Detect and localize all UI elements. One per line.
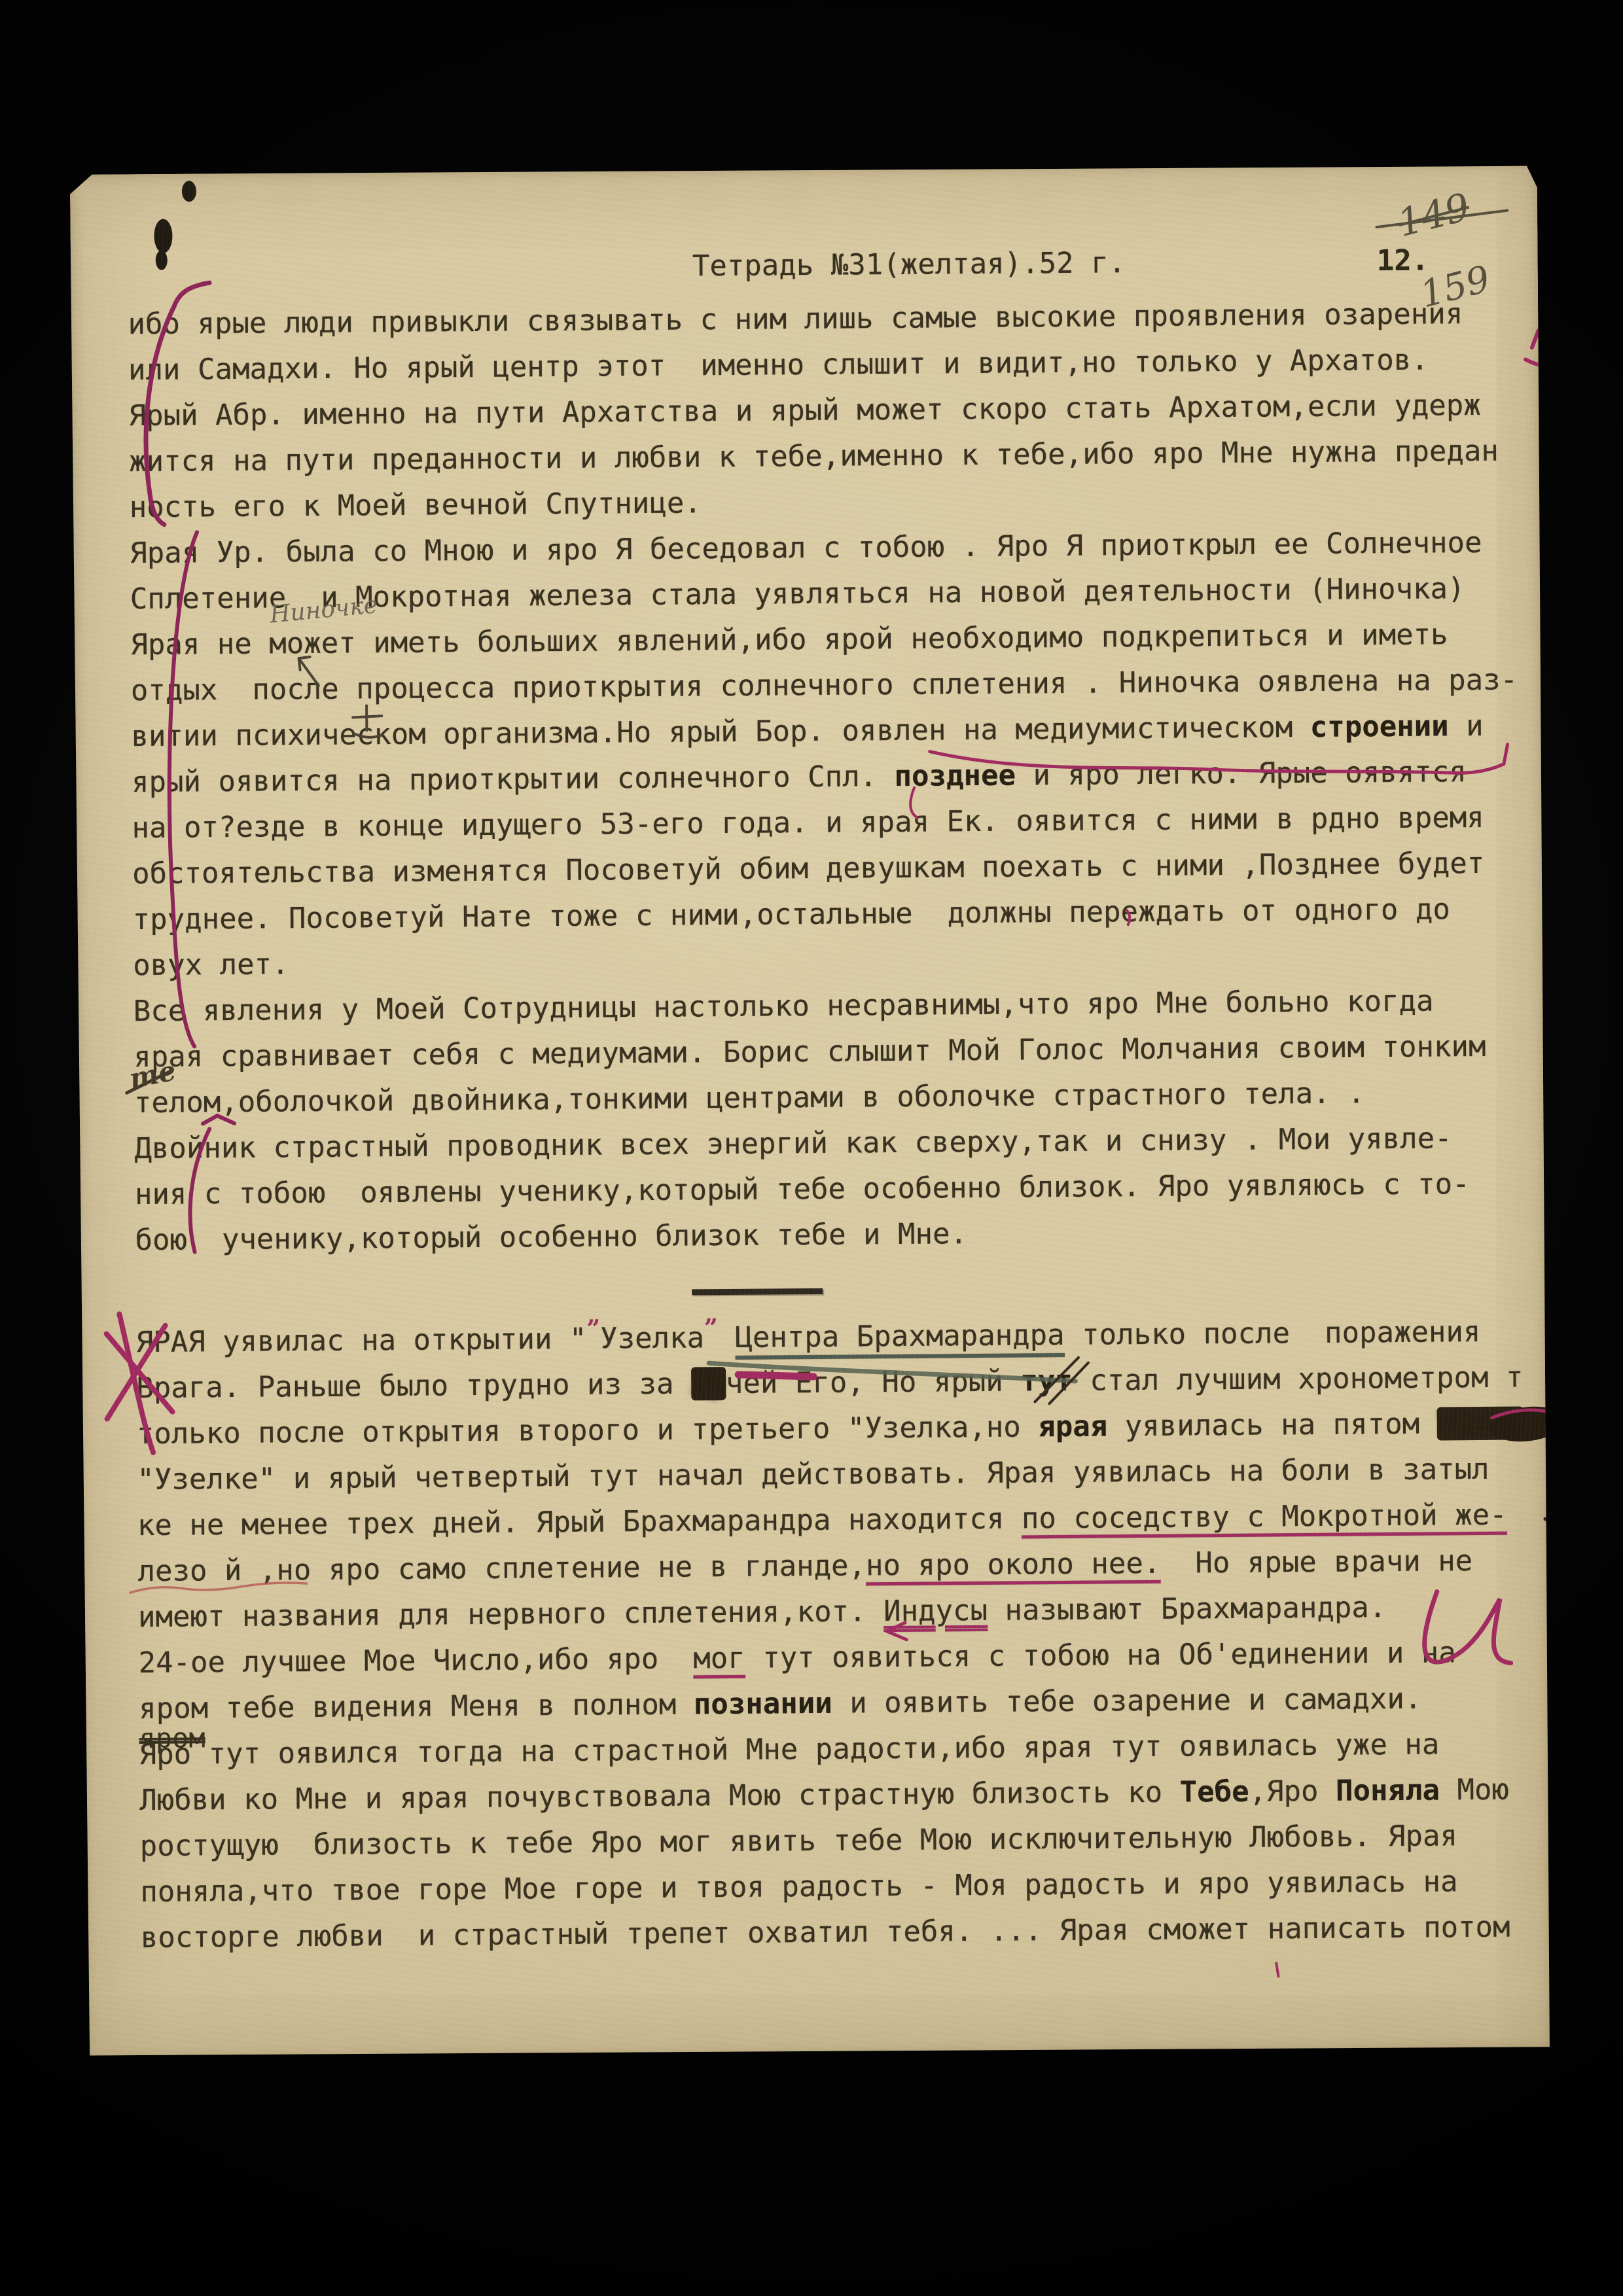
- typed-segment: овух лет.: [133, 947, 289, 982]
- typed-segment: лезо й ,но яро само сплетение не в гланд…: [137, 1549, 866, 1588]
- typed-segment: тут оявиться с тобою на Об'единении и на: [745, 1636, 1456, 1675]
- typed-segment: ”: [586, 1306, 600, 1352]
- typed-body: ибо ярые люди привыкли связывать с ним л…: [128, 291, 1554, 1961]
- typed-segment: ЯРАЯ уявилас на открытии ": [136, 1322, 587, 1359]
- typed-segment: ,Яро: [1249, 1775, 1336, 1809]
- typed-segment: и: [1448, 709, 1483, 743]
- typed-segment: Но ярые врачи не: [1160, 1544, 1472, 1580]
- typed-segment: отдых после процесса приоткрытия солнечн…: [131, 663, 1518, 707]
- typed-segment: Узелка: [600, 1321, 704, 1355]
- typed-segment: тут: [1020, 1364, 1073, 1398]
- section-divider: [135, 1252, 1550, 1320]
- typed-segment: называют Брахмарандра.: [988, 1591, 1387, 1627]
- typed-segment: позднее: [894, 759, 1016, 793]
- ink-blob-icon: [154, 219, 172, 253]
- typed-segment: телом,оболочкой двойника,тонкими центрам…: [134, 1076, 1365, 1120]
- typed-segment: познании: [694, 1687, 832, 1722]
- typed-segment: восторге любви и страстный трепет охвати…: [141, 1911, 1510, 1954]
- divider-dash-icon: [692, 1288, 823, 1296]
- ink-blob-icon: [182, 181, 196, 202]
- typed-segment: стал лучшим хронометром т: [1073, 1360, 1524, 1397]
- typed-segment: Врага. Раньше было трудно из за: [136, 1367, 691, 1405]
- typed-segment: ростущую близость к тебе Яро мог явить т…: [140, 1819, 1458, 1863]
- typed-segment: только после поражения: [1064, 1315, 1480, 1352]
- typed-segment: по соседству с Мокротной же-: [1022, 1498, 1507, 1536]
- typed-segment: ния с тобою оявлены ученику,который тебе…: [135, 1167, 1470, 1211]
- typed-segment: "Узелке" и ярый четвертый тут начал дейс…: [137, 1453, 1489, 1496]
- notebook-title: Тетрадь №31(желтая).52 г.: [692, 243, 1126, 286]
- typed-segment: Мою: [1440, 1773, 1509, 1807]
- typed-segment: но яро около нее.: [866, 1547, 1161, 1583]
- typed-segment: бою ученику,который особенно близок тебе…: [135, 1217, 967, 1257]
- typed-segment: жится на пути преданности и любви к тебе…: [129, 434, 1499, 478]
- typed-segment: чей Его, Но ярый: [726, 1364, 1021, 1400]
- typed-segment: Узел-: [1436, 1406, 1524, 1440]
- typed-page-number: 12.: [1377, 244, 1429, 278]
- typed-segment: обстоятельства изменятся Посоветуй обим …: [132, 847, 1485, 891]
- typed-segment: ярая сравнивает себя с медиумами. Борис …: [134, 1030, 1486, 1074]
- typed-segment: Центра Брахмарандра: [735, 1318, 1065, 1354]
- pen-dot-icon: [1276, 1963, 1278, 1976]
- struck-typed-word: яром: [139, 1722, 205, 1754]
- typed-segment: яром тебе видения Меня в полном: [139, 1687, 694, 1725]
- typed-segment: и яро легко. Ярые оявятся: [1016, 755, 1467, 792]
- typed-segment: Все явления у Моей Сотрудницы настолько …: [134, 985, 1434, 1029]
- typed-segment: Ярый Абр. именно на пути Архатства и яры…: [128, 389, 1481, 433]
- typed-segment: ибо ярые люди привыкли связывать с ним л…: [128, 297, 1463, 341]
- folio-number-crossed-out: 149: [1393, 185, 1474, 245]
- typed-segment: строении: [1310, 709, 1449, 744]
- typed-segment: ярый оявится на приоткрытии солнечного С…: [132, 760, 895, 799]
- typed-segment: труднее. Посоветуй Нате тоже с ними,оста…: [132, 892, 1450, 936]
- typed-segment: Поняла: [1336, 1773, 1440, 1807]
- typed-segment: только после открытия второго и третьего…: [137, 1410, 1039, 1451]
- typed-segment: Тебе: [1179, 1775, 1249, 1809]
- typed-segment: ность его к Моей вечной Спутнице.: [130, 486, 702, 524]
- typed-segment: витии психическом организма.Но ярый Бор.…: [131, 711, 1310, 753]
- typed-segment: имеют названия для нервного сплетения,ко…: [138, 1595, 883, 1634]
- typed-segment: и оявить тебе озарение и самадхи.: [832, 1682, 1422, 1720]
- typed-segment: Двойник страстный проводник всех энергий…: [134, 1122, 1452, 1165]
- typed-segment: ярая: [1038, 1409, 1107, 1443]
- typed-segment: Ярая Ур. была со Мною и яро Я беседовал …: [130, 526, 1482, 570]
- pen-tick-icon: [1550, 1322, 1552, 1362]
- manuscript-paper: Тетрадь №31(желтая).52 г. 12. 149 159 иб…: [70, 163, 1552, 2060]
- typed-segment: на от?езде в конце идущего 53-его года. …: [132, 801, 1484, 845]
- typed-segment: мог: [693, 1642, 745, 1676]
- typed-segment: [718, 1321, 736, 1354]
- typed-segment: Лу: [691, 1367, 726, 1400]
- ink-blob-icon: [156, 251, 168, 270]
- typed-segment: Ярая не может иметь больших явлений,ибо …: [130, 618, 1448, 662]
- typed-segment: уявилась на пятом: [1107, 1407, 1437, 1443]
- typed-segment: Яро тут оявился тогда на страстной Мне р…: [139, 1727, 1439, 1771]
- photo-background: Тетрадь №31(желтая).52 г. 12. 149 159 иб…: [0, 0, 1623, 2296]
- typed-segment: поняла,что твое горе Мое горе и твоя рад…: [140, 1865, 1458, 1909]
- typed-segment: или Самадхи. Но ярый центр этот именно с…: [128, 344, 1429, 387]
- typed-segment: ке не менее трех дней. Ярый Брахмарандра…: [137, 1502, 1022, 1542]
- typed-segment: Любви ко Мне и ярая почувствовала Мою ст…: [139, 1776, 1180, 1817]
- typed-segment: 24-ое лучшее Мое Число,ибо яро: [138, 1642, 693, 1680]
- typed-segment: ”: [704, 1305, 718, 1351]
- typed-segment: Индусы: [883, 1594, 988, 1628]
